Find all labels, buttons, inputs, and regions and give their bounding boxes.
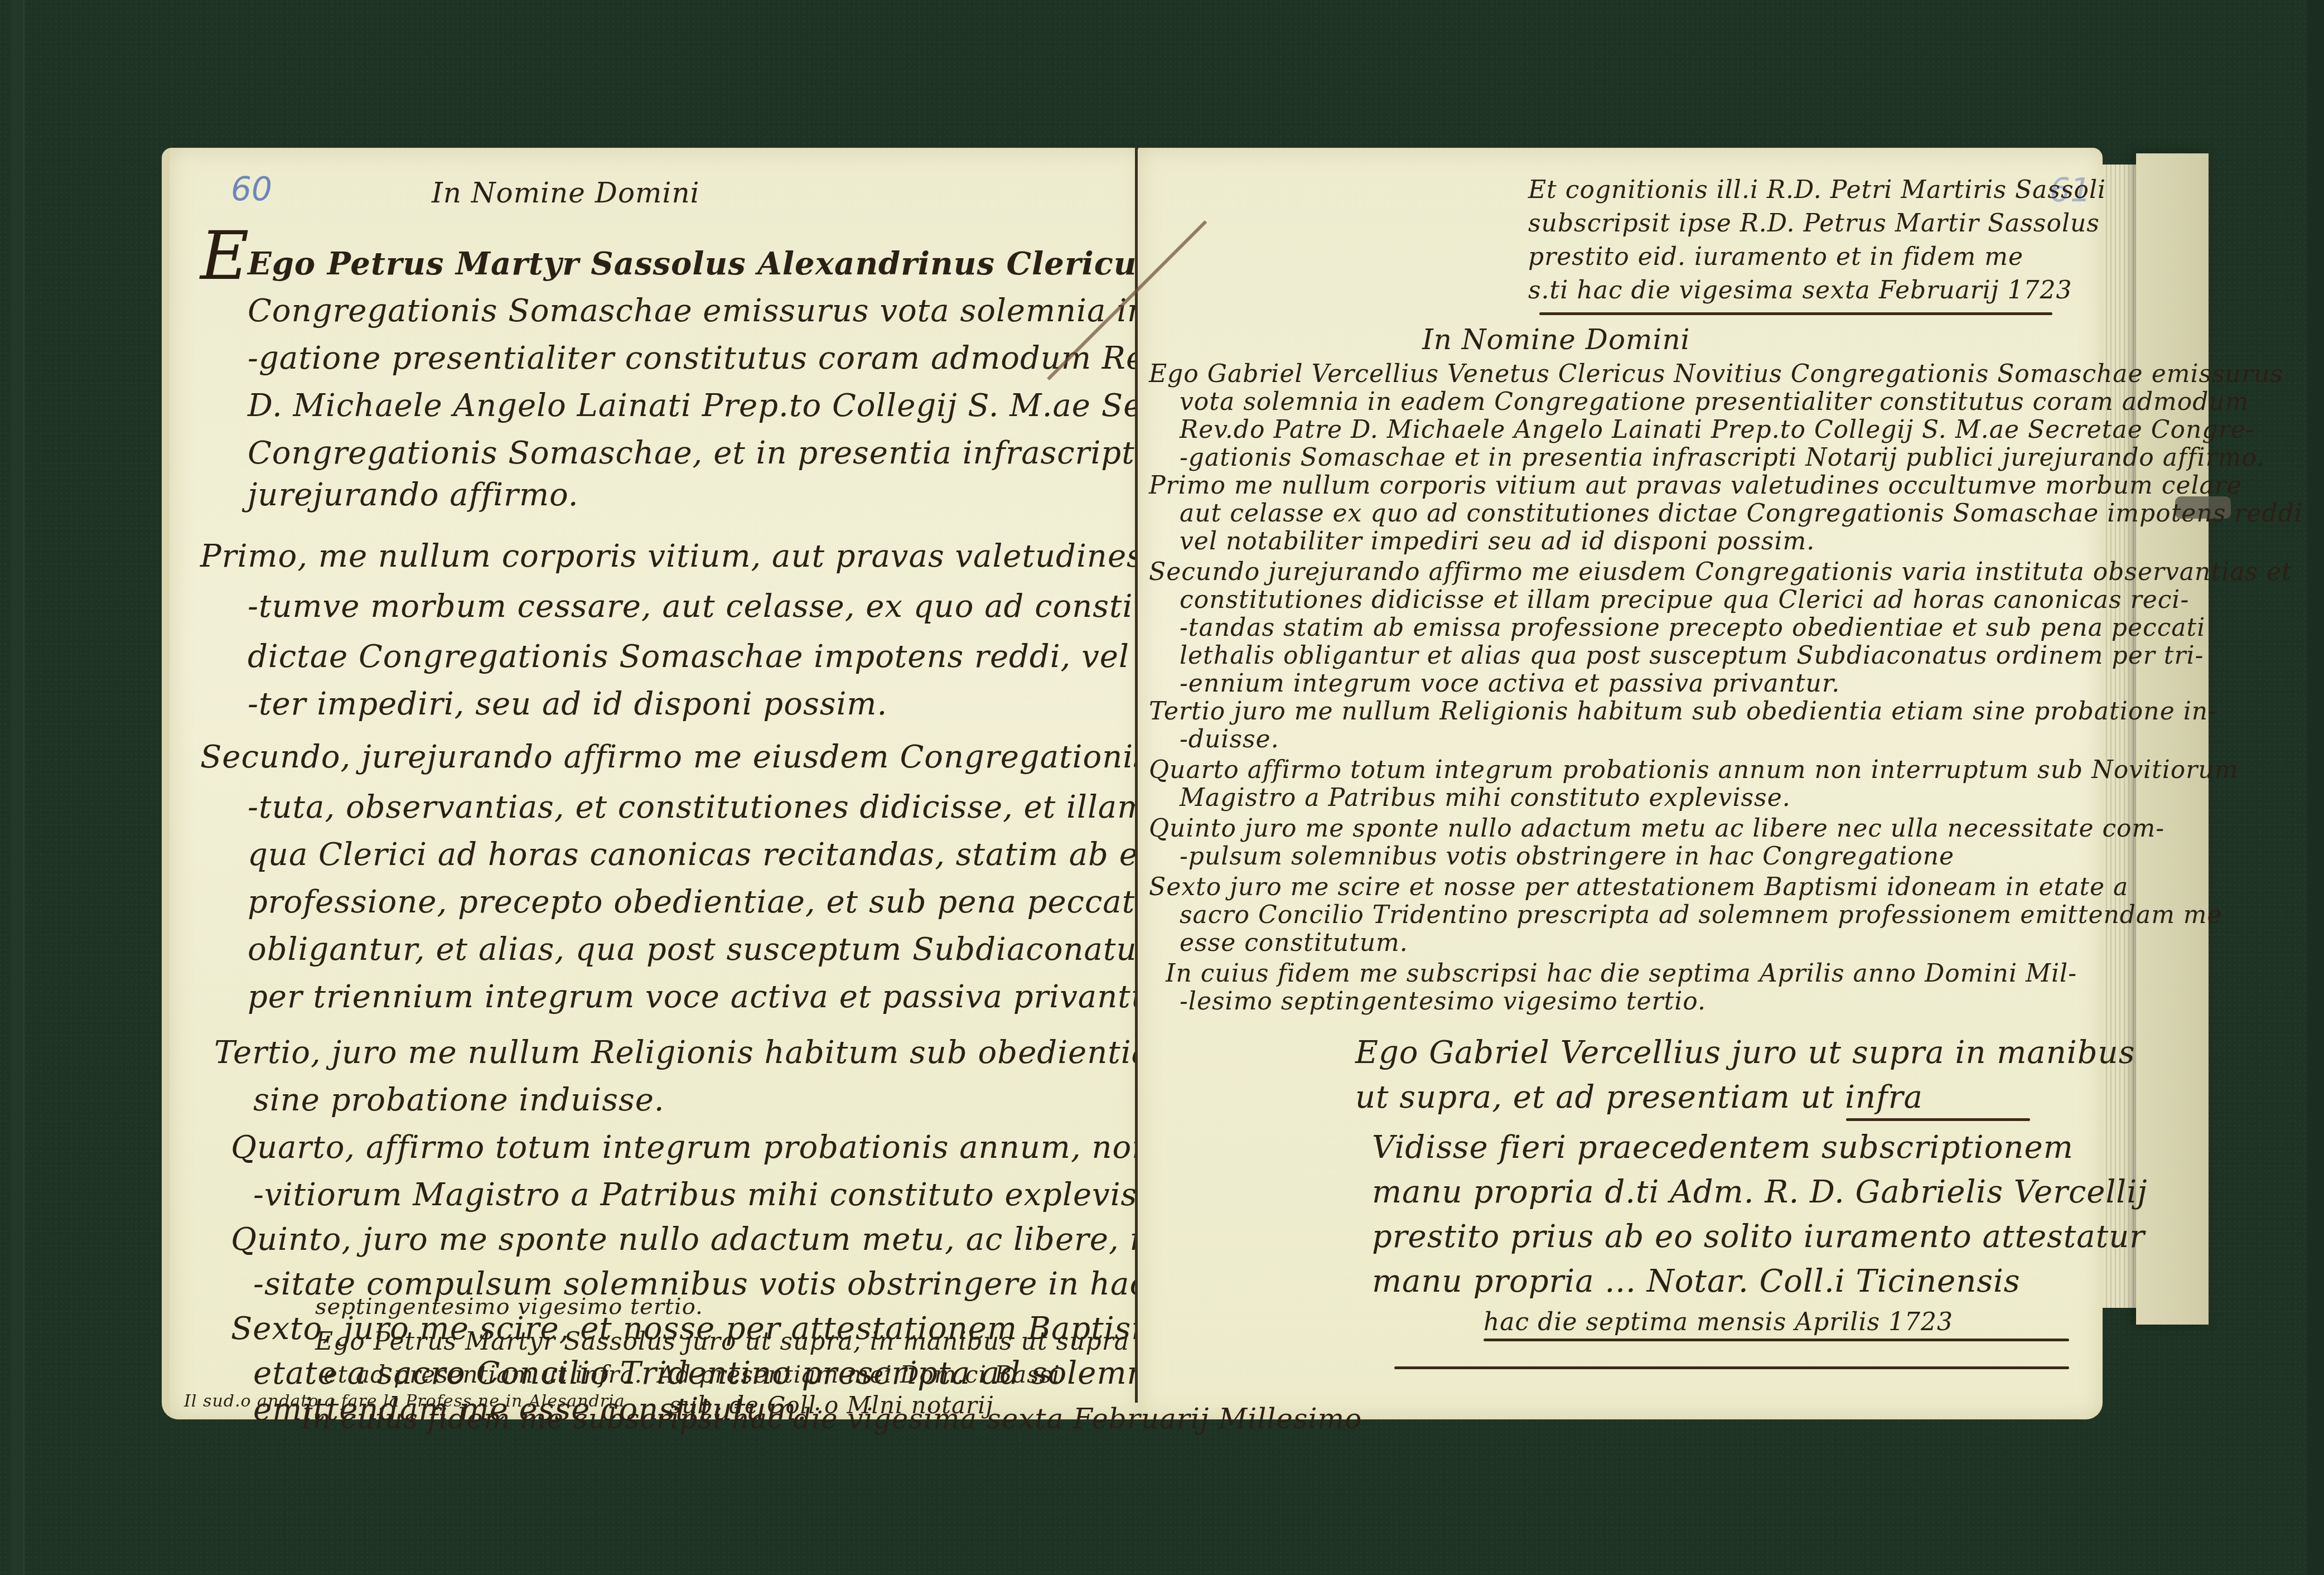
text-line: Primo, me nullum corporis vitium, aut pr… [200,538,1262,574]
text-line: constitutiones didicisse et illam precip… [1180,586,2189,614]
text-line: -tandas statim ab emissa professione pre… [1180,613,2205,642]
signature-line: ut supra, et ad presentiam ut infra [1355,1079,1923,1115]
text-line: -vitiorum Magistro a Patribus mihi const… [253,1177,1183,1213]
text-line: vota solemnia in eadem Congregatione pre… [1180,388,2249,416]
text-line: qua Clerici ad horas canonicas recitanda… [248,837,1231,873]
text-line: jurejurando affirmo. [248,477,579,513]
notary-line: Ad presentiam mei Dom.ci Bassi [658,1361,1060,1388]
text-line: professione, precepto obedientiae, et su… [248,884,1276,920]
separator-rule [1484,1339,2069,1341]
separator-rule [1846,1118,2030,1121]
signature-line: Ego Petrus Martyr Sassolus juro ut supra… [315,1327,1129,1356]
left-page: 60 In Nomine Domini E Ego Petrus Martyr … [162,148,1143,1419]
text-line: lethalis obligantur et alias qua post su… [1180,641,2204,670]
text-line: Tertio, juro me nullum Religionis habitu… [214,1035,1253,1071]
text-line: Quinto juro me sponte nullo adactum metu… [1149,814,2164,843]
note-line: prestito eid. iuramento et in fidem me [1528,243,2023,271]
text-line: sacro Concilio Tridentino prescripta ad … [1180,901,2222,929]
book-cover-edge [11,0,25,1575]
right-page: 61 Et cognitionis ill.i R.D. Petri Marti… [1138,148,2103,1419]
text-line: In cuius fidem me subscripsi hac die sep… [1166,959,2077,988]
text-line: -duisse. [1180,725,1279,753]
open-book: 60 In Nomine Domini E Ego Petrus Martyr … [162,142,2192,1447]
note-line: subscripsit ipse R.D. Petrus Martir Sass… [1528,209,2100,238]
separator-rule [1539,312,2052,315]
notary-line: manu propria ... Notar. Coll.i Ticinensi… [1372,1263,2021,1299]
page-heading: In Nomine Domini [1422,323,1690,356]
notary-line: Vidisse fieri praecedentem subscriptione… [1372,1129,2074,1166]
text-line: Sexto juro me scire et nosse per attesta… [1149,873,2128,901]
notary-line: manu propria d.ti Adm. R. D. Gabrielis V… [1372,1174,2148,1210]
text-line: -tumve morbum cessare, aut celasse, ex q… [248,588,1266,625]
text-line: Quarto affirmo totum integrum probationi… [1149,756,2238,784]
margin-note: Il sud.o andato a fare la Profess.ne in … [184,1392,625,1411]
torn-paper-flap [2136,153,2209,1325]
text-line: per triennium integrum voce activa et pa… [248,979,1174,1015]
text-line: dictae Congregationis Somaschae impotens… [248,639,1275,675]
signature-line: Ego Gabriel Vercellius juro ut supra in … [1355,1035,2135,1071]
note-line: Et cognitionis ill.i R.D. Petri Martiris… [1528,176,2106,204]
text-line: -gationis Somaschae et in presentia infr… [1180,443,2265,472]
book-cover-edge-right [2307,0,2324,1575]
signature-line: et ad presentiam ut infra. [323,1361,642,1388]
text-line: Primo me nullum corporis vitium aut prav… [1149,471,2242,500]
text-line: esse constitutum. [1180,929,1408,957]
notary-line: hac die septima mensis Aprilis 1723 [1484,1308,1953,1336]
text-line: -pulsum solemnibus votis obstringere in … [1180,842,1954,871]
text-line: D. Michaele Angelo Lainati Prep.to Colle… [248,388,1246,424]
text-line: -gatione presentialiter constitutus cora… [248,340,1281,376]
text-line: -ennium integrum voce activa et passiva … [1180,669,1840,698]
separator-rule [1394,1366,2069,1369]
text-line: Magistro a Patribus mihi constituto expl… [1180,784,1791,812]
text-line: septingentesimo vigesimo tertio. [315,1294,703,1320]
text-line: sine probatione induisse. [253,1082,665,1118]
text-line: aut celasse ex quo ad constitutiones dic… [1180,499,2303,528]
text-line: Secundo jurejurando affirmo me eiusdem C… [1149,558,2292,586]
folio-number-left: 60 [231,170,272,208]
initial-capital: E [200,223,249,290]
notary-line: prestito prius ab eo solito iuramento at… [1372,1219,2145,1255]
note-line: s.ti hac die vigesima sexta Februarij 17… [1528,276,2072,305]
text-line: vel notabiliter impediri seu ad id dispo… [1180,527,1815,555]
text-line: Rev.do Patre D. Michaele Angelo Lainati … [1180,416,2254,444]
text-line: -ter impediri, seu ad id disponi possim. [248,686,887,722]
text-line: Tertio juro me nullum Religionis habitum… [1149,697,2217,726]
text-line: Ego Gabriel Vercellius Venetus Clericus … [1149,360,2283,388]
page-heading: In Nomine Domini [432,177,700,209]
notary-line: sub. de Coll.o Mlni notarij [669,1392,994,1419]
text-line: -lesimo septingentesimo vigesimo tertio. [1180,987,1706,1016]
